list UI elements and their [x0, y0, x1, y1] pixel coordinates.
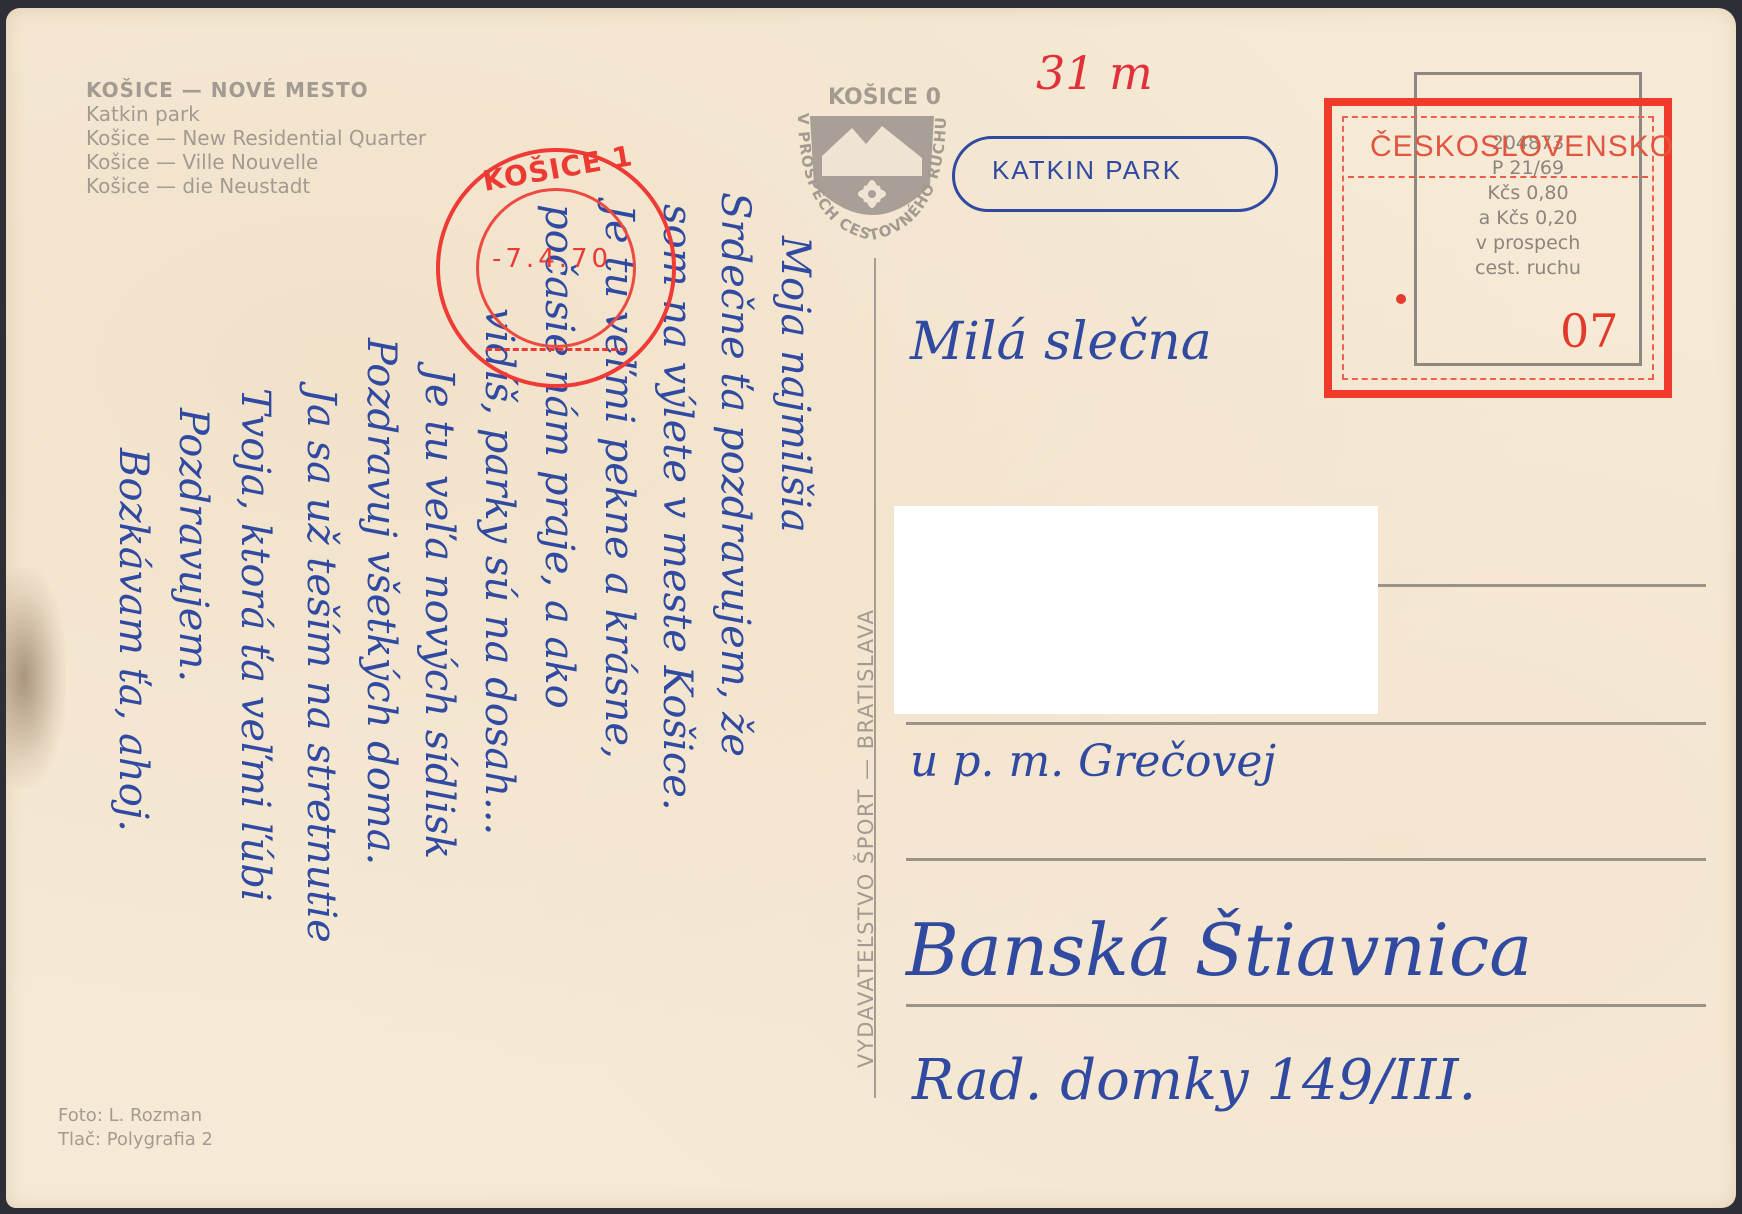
meter-counter: 07: [1560, 304, 1619, 358]
cancellation-postmark: KOŠICE 1 -7.4.70: [436, 148, 676, 388]
meter-dot: [1396, 294, 1406, 304]
message-column: Tvoja, ktorá ťa veľmi ľúbi: [232, 388, 278, 902]
message-column: Moja najmilšia: [772, 236, 818, 533]
printed-caption: KOŠICE — NOVÉ MESTO Katkin park Košice —…: [86, 78, 426, 198]
message-column: Pozdravuj všetkých doma.: [358, 338, 404, 865]
katkin-label: KATKIN PARK: [992, 155, 1182, 186]
street-line: Rad. domky 149/III.: [912, 1048, 1476, 1113]
redacted-name-block: [894, 506, 1378, 714]
meter-rule: [1348, 176, 1648, 180]
message-column: Je tu veľa nových sídlisk: [416, 368, 462, 859]
city-line: Banská Štiavnica: [906, 908, 1532, 992]
print-credit: Tlač: Polygrafia 2: [58, 1128, 213, 1152]
message-column: Ja sa už teším na stretnutie: [298, 388, 344, 943]
salutation: Milá slečna: [910, 312, 1212, 372]
postcard-back: KOŠICE — NOVÉ MESTO Katkin park Košice —…: [6, 8, 1736, 1208]
water-stain: [6, 568, 66, 788]
meter-country: ČESKOSLOVENSKO: [1370, 130, 1674, 164]
emblem-top-text: KOŠICE 0: [828, 84, 941, 110]
address-line: [906, 722, 1706, 725]
caption-title: KOŠICE — NOVÉ MESTO: [86, 78, 426, 102]
message-column: Srdečne ťa pozdravujem, že: [712, 192, 758, 757]
postage-meter-stamp: ČESKOSLOVENSKO 07: [1324, 98, 1672, 398]
address-line: [906, 1004, 1706, 1007]
message-column: Bozkávam ťa, ahoj.: [110, 448, 156, 832]
publisher-imprint: VYDAVATEĽSTVO ŠPORT — BRATISLAVA: [854, 608, 878, 1068]
postmark-bar: [486, 348, 626, 351]
caption-line: Katkin park: [86, 102, 426, 126]
print-credits: Foto: L. Rozman Tlač: Polygrafia 2: [58, 1104, 213, 1152]
message-column: Pozdravujem.: [170, 408, 216, 682]
postmark-date: -7.4.70: [492, 244, 612, 274]
address-line: [906, 858, 1706, 861]
caption-line: Košice — die Neustadt: [86, 174, 426, 198]
caption-line: Košice — Ville Nouvelle: [86, 150, 426, 174]
photo-credit: Foto: L. Rozman: [58, 1104, 213, 1128]
caption-line: Košice — New Residential Quarter: [86, 126, 426, 150]
red-pencil-note: 31 m: [1036, 46, 1153, 100]
mountain-edelweiss-shield-icon: KOŠICE 0 V PROSPECH CESTOVNÉHO RUCHU: [782, 76, 962, 246]
care-of-line: u p. m. Grečovej: [910, 736, 1276, 787]
